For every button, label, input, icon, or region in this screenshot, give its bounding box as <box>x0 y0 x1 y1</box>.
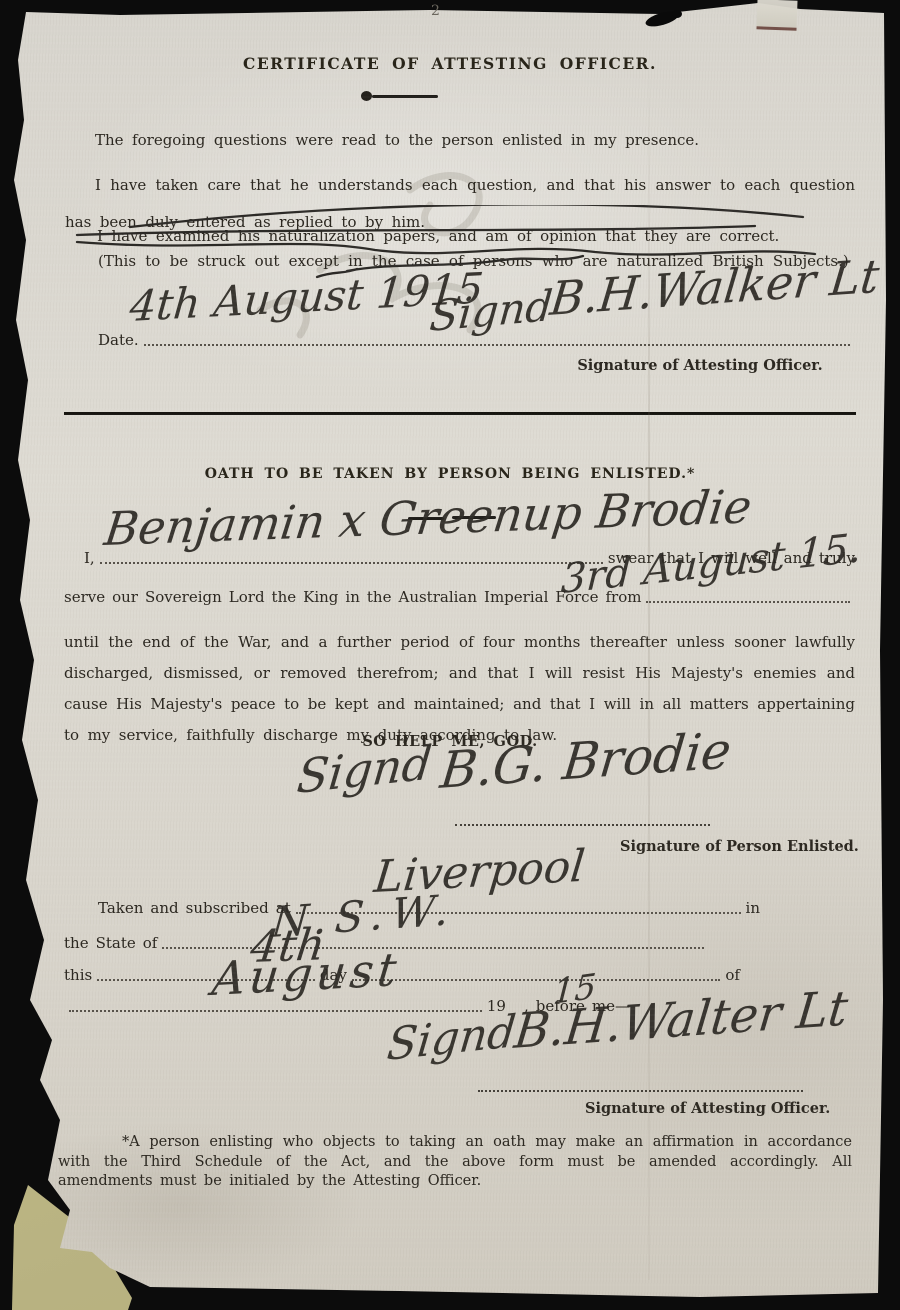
day-row: this day of <box>64 966 740 984</box>
officer-signature-dotted-line <box>478 1066 803 1092</box>
oath-serve-text: serve our Sovereign Lord the King in the… <box>64 588 641 606</box>
affirmation-footnote: *A person enlisting who objects to takin… <box>58 1133 852 1192</box>
from-date-dotted-line <box>646 601 850 603</box>
handwritten-signd: Signd <box>385 1010 518 1068</box>
page-title: CERTIFICATE OF ATTESTING OFFICER. <box>0 54 900 73</box>
attesting-officer-caption-2: Signature of Attesting Officer. <box>585 1100 820 1117</box>
ornament-dash <box>372 95 438 98</box>
paragraph-read-in-presence: The foregoing questions were read to the… <box>65 130 855 150</box>
oath-from-row: serve our Sovereign Lord the King in the… <box>64 588 855 606</box>
this-label: this <box>64 966 92 984</box>
form-page: CERTIFICATE OF ATTESTING OFFICER. The fo… <box>0 0 900 1310</box>
of-label: of <box>725 966 740 984</box>
handwritten-month: August <box>210 946 403 1002</box>
scanned-document: CERTIFICATE OF ATTESTING OFFICER. The fo… <box>0 0 900 1310</box>
oath-heading: OATH TO BE TAKEN BY PERSON BEING ENLISTE… <box>0 466 900 482</box>
oath-i-label: I, <box>84 549 95 567</box>
section-divider <box>64 412 856 415</box>
ink-blot-small <box>672 10 682 18</box>
year-dotted-line <box>69 1010 482 1012</box>
month-dotted-line <box>352 979 720 981</box>
attesting-officer-caption: Signature of Attesting Officer. <box>575 357 825 374</box>
struck-naturalization-clause: I have examined his naturalization paper… <box>65 226 855 246</box>
person-signature-dotted-line <box>455 800 710 826</box>
date-label: Date. <box>98 331 139 349</box>
handwritten-signd: Signd <box>295 739 434 800</box>
date-dotted-line <box>144 344 850 346</box>
person-enlisted-caption: Signature of Person Enlisted. <box>620 838 855 855</box>
handwritten-enlistee-name: Benjamin x Greenup Brodie <box>102 483 754 552</box>
state-label: the State of <box>64 934 157 952</box>
name-dotted-line <box>100 562 603 564</box>
taken-at-label: Taken and subscribed at <box>98 899 291 917</box>
page-number: 2 <box>431 3 440 19</box>
in-word: in <box>746 899 760 917</box>
state-dotted-line <box>162 947 704 949</box>
tape-remnant <box>756 0 797 31</box>
handwritten-signd: Signd <box>428 285 554 338</box>
